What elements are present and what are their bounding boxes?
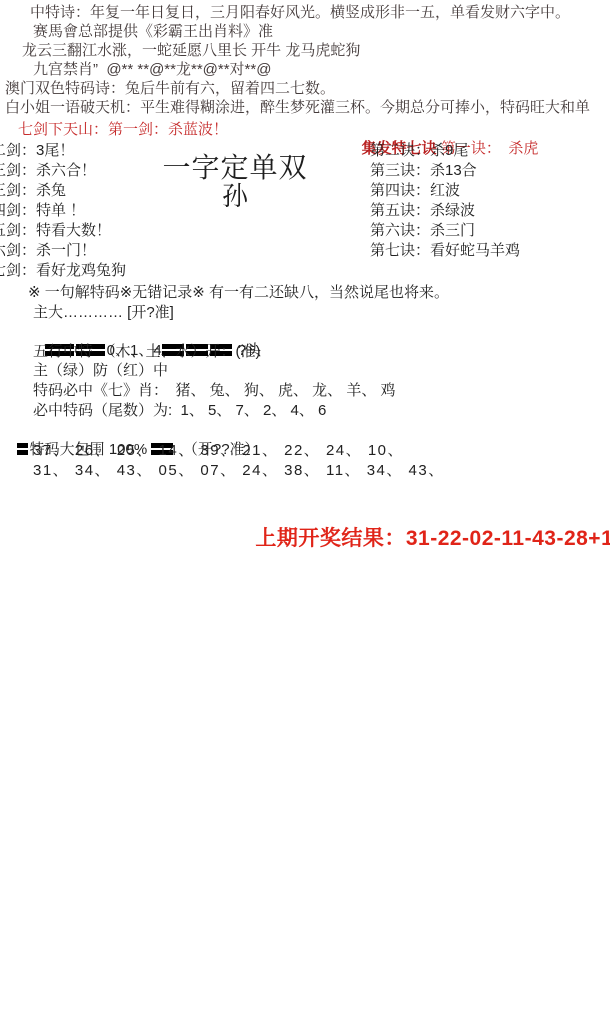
zhongte-poem-line: 中特诗：年复一年日复日，三月阳春好风光。横竖成形非一五，单看发财六字中。: [0, 3, 610, 22]
sword-item: 六剑：杀一门！: [0, 241, 126, 261]
jue-item: 第三诀：杀13合: [370, 161, 520, 181]
wuxing-line: 五行中特 （木、土、水）开：(准): [33, 342, 261, 361]
lottery-tip-sheet: 中特诗：年复一年日复日，三月阳春好风光。横竖成形非一五，单看发财六字中。 赛馬會…: [0, 0, 610, 1016]
note-line: ※ 一句解特码※无错记录※ 有一有二还缺八，当然说尾也将来。: [28, 283, 449, 302]
seven-swords-header: 七剑下天山：第一剑：杀蓝波！: [18, 120, 228, 139]
aomen-poem-line: 澳门双色特码诗：兔后牛前有六，留着四二七数。: [0, 79, 610, 98]
center-slogan: 一字定单双 孙: [150, 153, 320, 210]
weishu-line: 必中特码（尾数）为: 1、 5、 7、 2、 4、 6: [33, 401, 326, 420]
sword-list: 二剑：3尾！ 三剑：杀六合！ 三剑：杀兔 四剑：特单 ！ 五剑：特看大数！ 六剑…: [0, 141, 126, 281]
sword-item: 四剑：特单 ！: [0, 201, 126, 221]
baixiaojie-line: 白小姐一语破天机：平生难得糊涂进，醉生梦死灌三杯。今期总分可捧小，特码旺大和单: [0, 98, 610, 117]
numbers-row-1: 37、 26、 25、 14、 39、 21、 22、 24、 10、: [33, 441, 404, 460]
jue-item: 第六诀：杀三门: [370, 221, 520, 241]
sword-item: 三剑：杀六合！: [0, 161, 126, 181]
previous-result-line: 上期开奖结果：31-22-02-11-43-28+12: [230, 498, 610, 576]
jue-item: 第二诀：杀9尾: [370, 141, 520, 161]
longyun-poem-line: 龙云三翻江水涨，一蛇延愿八里长 开牛 龙马虎蛇狗: [0, 41, 610, 60]
zhuda-line: 主大………… [开?准]: [33, 303, 174, 322]
sword-item: 五剑：特看大数！: [0, 221, 126, 241]
top-poems-block: 中特诗：年复一年日复日，三月阳春好风光。横竖成形非一五，单看发财六字中。 赛馬會…: [0, 3, 610, 117]
saima-line: 赛馬會总部提供《彩霸王出肖料》准: [0, 22, 610, 41]
previous-result-numbers: 31-22-02-11-43-28+12: [406, 527, 610, 550]
jue-item: 第七诀：看好蛇马羊鸡: [370, 241, 520, 261]
center-slogan-line2: 孙: [150, 183, 320, 210]
qixiao-line: 特码必中《七》肖： 猪、 兔、 狗、 虎、 龙、 羊、 鸡: [33, 381, 396, 400]
previous-result-label: 上期开奖结果：: [255, 527, 406, 550]
sword-item: 二剑：3尾！: [0, 141, 126, 161]
redaction-bar-icon: [17, 443, 28, 455]
sword-item: 七剑：看好龙鸡兔狗: [0, 261, 126, 281]
jue-item: 第四诀：红波: [370, 181, 520, 201]
center-slogan-line1: 一字定单双: [150, 153, 320, 183]
sword-item: 三剑：杀兔: [0, 181, 126, 201]
jue-item: 第五诀：杀绿波: [370, 201, 520, 221]
jue-list: 第二诀：杀9尾 第三诀：杀13合 第四诀：红波 第五诀：杀绿波 第六诀：杀三门 …: [370, 141, 520, 261]
numbers-row-2: 31、 34、 43、 05、 07、 24、 38、 11、 34、 43、: [33, 461, 445, 480]
zhufang-line: 主（绿）防（红）中: [33, 361, 168, 380]
jiugong-line: 九宫禁肖” @** **@**龙**@**对**@: [0, 60, 610, 79]
